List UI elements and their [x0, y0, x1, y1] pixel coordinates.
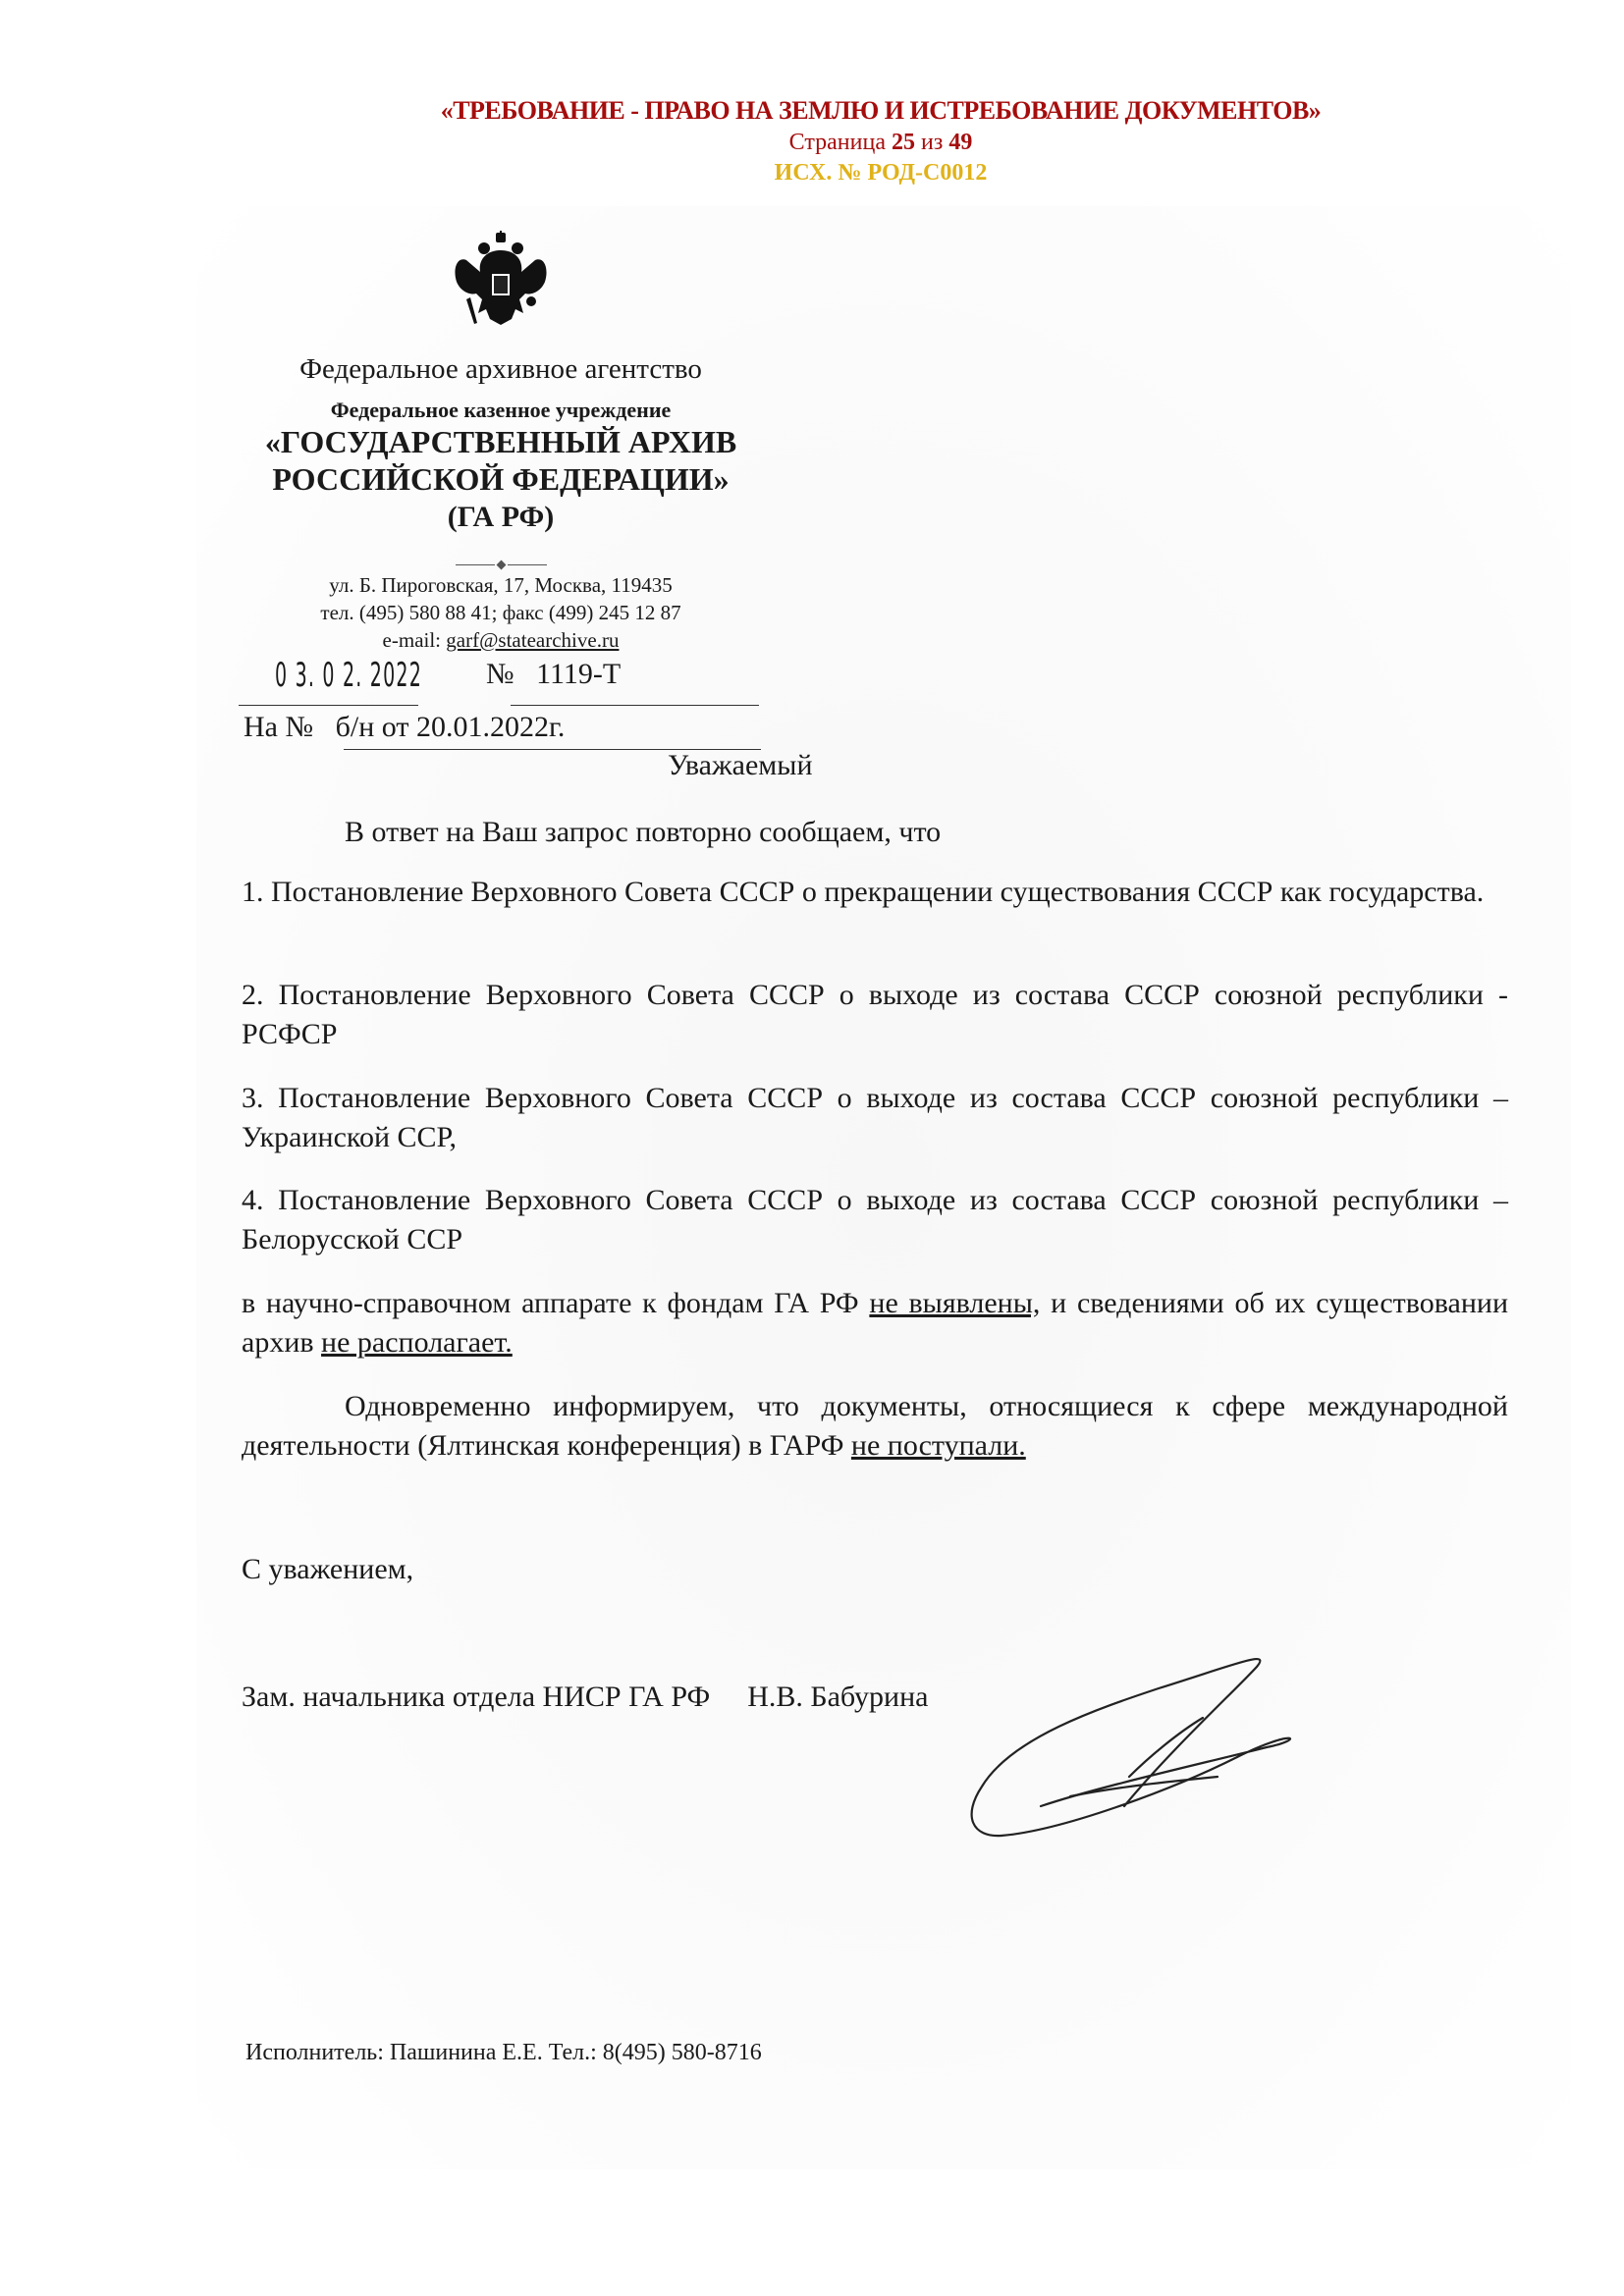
list-item: 1. Постановление Верховного Совета СССР … — [242, 873, 1508, 912]
signer-line: Зам. начальника отдела НИСР ГА РФН.В. Ба… — [242, 1681, 928, 1714]
signer-name: Н.В. Бабурина — [747, 1681, 928, 1713]
page-counter: Страница 25 из 49 — [69, 130, 1624, 156]
page-of: из — [921, 130, 943, 155]
handwritten-signature-icon — [943, 1620, 1316, 1845]
email-link[interactable]: garf@statearchive.ru — [446, 628, 619, 652]
underlined-not-received: не поступали. — [851, 1429, 1026, 1462]
email-line: e-mail: garf@statearchive.ru — [236, 628, 766, 653]
email-label: e-mail: — [383, 628, 441, 652]
conclusion-paragraph: в научно-справочном аппарате к фондам ГА… — [242, 1284, 1508, 1362]
registration-number: № 1119-Т — [486, 658, 621, 691]
reply-reference: На № б/н от 20.01.2022г. — [244, 711, 565, 744]
agency-name: Федеральное архивное агентство — [236, 353, 766, 386]
salutation: Уважаемый — [668, 749, 813, 782]
outgoing-reference: ИСХ. № РОД-С0012 — [69, 160, 1624, 187]
list-item: 4. Постановление Верховного Совета СССР … — [242, 1181, 1508, 1259]
page-total: 49 — [948, 130, 972, 155]
ornament-divider — [236, 556, 766, 569]
registration-date-stamp: 0 3. 0 2. 2022 — [275, 656, 433, 695]
reply-to-value: б/н от 20.01.2022г. — [336, 711, 566, 743]
list-item: 2. Постановление Верховного Совета СССР … — [242, 976, 1508, 1054]
conclusion-text: в научно-справочном аппарате к фондам ГА… — [242, 1287, 869, 1319]
number-label: № — [486, 658, 514, 690]
closing: С уважением, — [242, 1553, 413, 1586]
list-item: 3. Постановление Верховного Совета СССР … — [242, 1079, 1508, 1157]
russian-coat-of-arms-icon — [447, 231, 555, 334]
document-title: «ТРЕБОВАНИЕ - ПРАВО НА ЗЕМЛЮ И ИСТРЕБОВА… — [69, 96, 1624, 126]
institution-abbreviation: (ГА РФ) — [236, 501, 766, 534]
address: ул. Б. Пироговская, 17, Москва, 119435 — [236, 573, 766, 598]
divider — [239, 705, 418, 706]
institution-name-line2: РОССИЙСКОЙ ФЕДЕРАЦИИ» — [236, 461, 766, 498]
intro-paragraph: В ответ на Ваш запрос повторно сообщаем,… — [242, 813, 1508, 852]
institution-name-line1: «ГОСУДАРСТВЕННЫЙ АРХИВ — [236, 424, 766, 460]
reply-to-label: На № — [244, 711, 313, 743]
underlined-no-info: не располагает. — [321, 1326, 513, 1359]
phone-fax: тел. (495) 580 88 41; факс (499) 245 12 … — [236, 601, 766, 625]
executor-contact: Исполнитель: Пашинина Е.Е. Тел.: 8(495) … — [245, 2040, 762, 2066]
additional-paragraph: Одновременно информируем, что документы,… — [242, 1387, 1508, 1466]
page-current: 25 — [892, 130, 915, 155]
signer-position: Зам. начальника отдела НИСР ГА РФ — [242, 1681, 710, 1713]
institution-type: Федеральное казенное учреждение — [236, 398, 766, 423]
underlined-not-found: не выявлены, — [869, 1287, 1040, 1319]
divider — [511, 705, 759, 706]
page-prefix: Страница — [789, 130, 886, 155]
number-value: 1119-Т — [536, 658, 621, 690]
